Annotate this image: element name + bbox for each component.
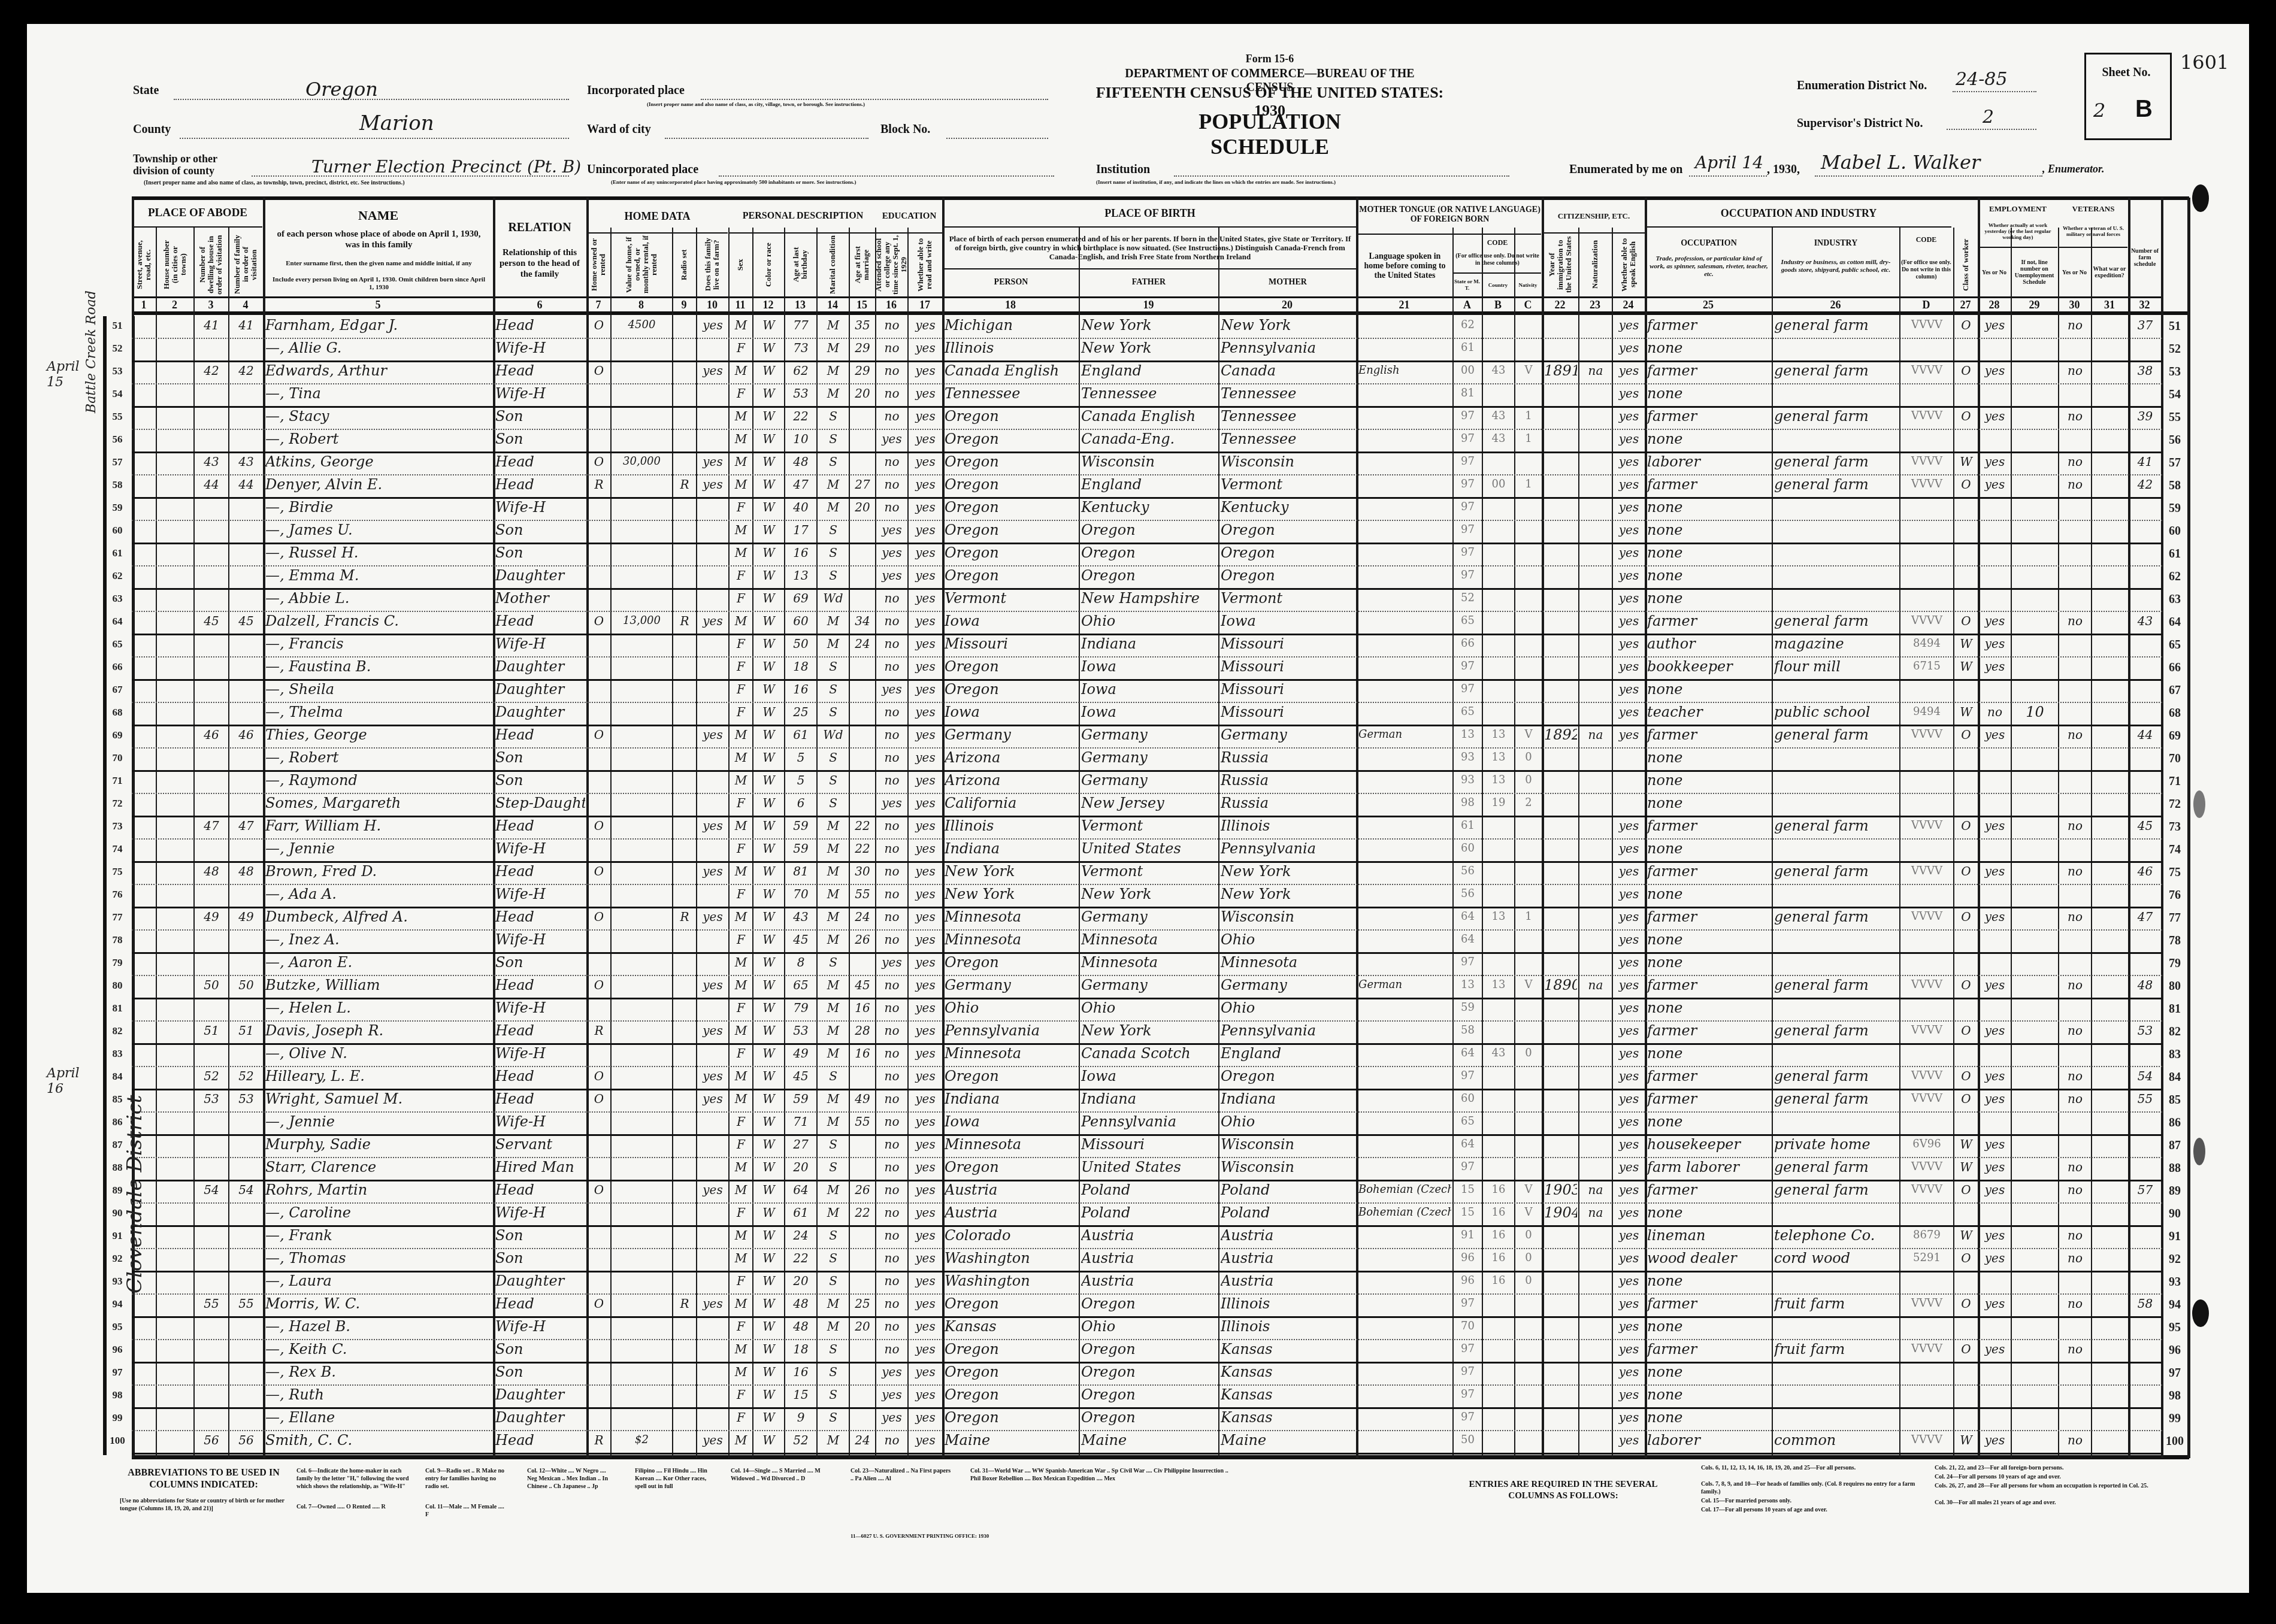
supervisor-underline xyxy=(1947,129,2036,130)
line-number-left: 100 xyxy=(107,1435,128,1447)
cell-bp-father: Kentucky xyxy=(1081,496,1217,519)
cell-occupation: farmer xyxy=(1647,1087,1770,1110)
cell-age: 47 xyxy=(786,473,815,496)
cell-sex: M xyxy=(731,450,751,473)
cell-farm-sched: 54 xyxy=(2130,1065,2160,1087)
cell-sex: M xyxy=(731,473,751,496)
cell-age-marr: 24 xyxy=(851,1429,874,1452)
incorporated-underline xyxy=(701,99,1048,100)
cell-marital: M xyxy=(819,928,848,951)
line-number-right: 98 xyxy=(2162,1389,2187,1403)
cell-bp-mother: Russia xyxy=(1221,792,1355,814)
cell-worker: O xyxy=(1956,1247,1977,1269)
cell-age: 18 xyxy=(786,655,815,678)
cell-bp-father: Oregon xyxy=(1081,1383,1217,1406)
cell-code-a: 64 xyxy=(1455,1133,1481,1156)
cell-bp-mother: Russia xyxy=(1221,746,1355,769)
cell-bp-mother: Pennsylvania xyxy=(1221,837,1355,860)
cell-bp-father: Poland xyxy=(1081,1201,1217,1224)
cell-code-b: 16 xyxy=(1484,1201,1513,1224)
cell-bp-mother: Missouri xyxy=(1221,632,1355,655)
cell-natur: na xyxy=(1581,1178,1611,1201)
cell-worker: W xyxy=(1956,1156,1977,1178)
cell-bp-person: New York xyxy=(945,860,1078,883)
cell-natur: na xyxy=(1581,359,1611,382)
cell-marital: Wd xyxy=(819,723,848,746)
cell-read: yes xyxy=(910,519,941,541)
enum-district-field[interactable]: 24-85 xyxy=(1956,69,2007,90)
line-number-left: 61 xyxy=(107,547,128,559)
cell-english: yes xyxy=(1614,883,1644,905)
cell-vet: no xyxy=(2060,814,2090,837)
cell-age: 17 xyxy=(786,519,815,541)
cell-english: yes xyxy=(1614,860,1644,883)
cell-industry: cord wood xyxy=(1774,1247,1898,1269)
county-field[interactable]: Marion xyxy=(359,111,434,135)
industry-heading: INDUSTRY xyxy=(1774,237,1897,251)
cell-code-c: 0 xyxy=(1517,1042,1540,1065)
cell-farm-sched: 47 xyxy=(2130,905,2160,928)
cell-english: yes xyxy=(1614,701,1644,723)
punch-hole-top xyxy=(2192,184,2209,212)
cell-read: yes xyxy=(910,1315,941,1338)
cell-vet: no xyxy=(2060,610,2090,632)
cell-code-b: 16 xyxy=(1484,1269,1513,1292)
cell-relation: Head xyxy=(495,1065,585,1087)
cell-race: W xyxy=(755,519,783,541)
column-label-4: Number of family in order of visitation xyxy=(229,235,262,295)
cell-family: 53 xyxy=(231,1087,262,1110)
cell-code-a: 97 xyxy=(1455,496,1481,519)
cell-bp-father: Germany xyxy=(1081,769,1217,792)
cell-bp-mother: Ohio xyxy=(1221,928,1355,951)
cell-name: Denyer, Alvin E. xyxy=(265,473,492,496)
cell-code-d: 6V96 xyxy=(1902,1133,1952,1156)
cell-marital: M xyxy=(819,382,848,405)
cell-occupation: farmer xyxy=(1647,314,1770,337)
cell-farm: yes xyxy=(698,314,727,337)
cell-bp-mother: Missouri xyxy=(1221,701,1355,723)
column-number-D: D xyxy=(1899,299,1953,311)
cell-code-a: 97 xyxy=(1455,473,1481,496)
group-name: NAME xyxy=(264,207,493,225)
supervisor-field[interactable]: 2 xyxy=(1983,107,1994,128)
column-divider xyxy=(1953,228,1954,1458)
state-field[interactable]: Oregon xyxy=(305,78,378,101)
cell-race: W xyxy=(755,541,783,564)
cell-sex: F xyxy=(731,792,751,814)
cell-code-d: VVVV xyxy=(1902,314,1952,337)
cell-occupation: none xyxy=(1647,564,1770,587)
cell-vet: no xyxy=(2060,1178,2090,1201)
cell-english: yes xyxy=(1614,1133,1644,1156)
cell-code-a: 60 xyxy=(1455,1087,1481,1110)
cell-bp-father: Iowa xyxy=(1081,701,1217,723)
cell-bp-father: Canada English xyxy=(1081,405,1217,428)
cell-bp-person: Michigan xyxy=(945,314,1078,337)
cell-bp-mother: England xyxy=(1221,1042,1355,1065)
column-label-13: Age at last birthday xyxy=(785,235,815,295)
column-divider xyxy=(907,228,909,1458)
column-label-29: If not, line number on Unemployment Sche… xyxy=(2012,252,2057,293)
street-note-2: Clovendale District xyxy=(123,874,147,1293)
cell-read: yes xyxy=(910,1019,941,1042)
cell-age: 15 xyxy=(786,1383,815,1406)
cell-code-a: 97 xyxy=(1455,519,1481,541)
cell-relation: Son xyxy=(495,1361,585,1383)
cell-bp-person: Arizona xyxy=(945,746,1078,769)
line-number-right: 69 xyxy=(2162,729,2187,743)
cell-code-b: 43 xyxy=(1484,428,1513,450)
cell-school: no xyxy=(877,769,906,792)
cell-work: yes xyxy=(1980,450,2009,473)
cell-age-marr: 35 xyxy=(851,314,874,337)
cell-race: W xyxy=(755,1019,783,1042)
industry-desc: Industry or business, as cotton mill, dr… xyxy=(1775,252,1896,281)
cell-relation: Son xyxy=(495,1247,585,1269)
cell-sex: M xyxy=(731,746,751,769)
cell-code-d: VVVV xyxy=(1902,359,1952,382)
cell-worker: O xyxy=(1956,1292,1977,1315)
cell-age: 16 xyxy=(786,1361,815,1383)
education-divider xyxy=(876,232,942,234)
cell-code-c: V xyxy=(1517,1178,1540,1201)
abbrev-title: ABBREVIATIONS TO BE USED IN COLUMNS INDI… xyxy=(120,1467,287,1491)
cell-farm-sched: 45 xyxy=(2130,814,2160,837)
cell-age: 5 xyxy=(786,746,815,769)
cell-bp-father: England xyxy=(1081,473,1217,496)
cell-owned: O xyxy=(589,314,609,337)
cell-age: 48 xyxy=(786,450,815,473)
cell-school: no xyxy=(877,746,906,769)
cell-relation: Head xyxy=(495,905,585,928)
cell-bp-father: Canada-Eng. xyxy=(1081,428,1217,450)
cell-work: yes xyxy=(1980,1338,2009,1361)
date-note-2: April 16 xyxy=(47,1066,95,1097)
cell-work: yes xyxy=(1980,860,2009,883)
cell-school: no xyxy=(877,814,906,837)
column-label-31: What war or expedition? xyxy=(2092,252,2127,293)
cell-owned: O xyxy=(589,450,609,473)
cell-code-b: 19 xyxy=(1484,792,1513,814)
cell-farm: yes xyxy=(698,1178,727,1201)
cell-code-d: VVVV xyxy=(1902,405,1952,428)
employment-desc: Whether actually at work yesterday (or t… xyxy=(1978,217,2057,246)
cell-farm: yes xyxy=(698,860,727,883)
cell-occupation: none xyxy=(1647,1315,1770,1338)
cell-bp-father: Germany xyxy=(1081,905,1217,928)
column-divider xyxy=(1542,198,1544,1458)
cell-dwelling: 50 xyxy=(196,974,227,996)
cell-bp-mother: Kansas xyxy=(1221,1361,1355,1383)
cell-age: 9 xyxy=(786,1406,815,1429)
line-number-right: 78 xyxy=(2162,934,2187,948)
cell-marital: S xyxy=(819,428,848,450)
cell-bp-father: United States xyxy=(1081,837,1217,860)
cell-industry: general farm xyxy=(1774,1065,1898,1087)
group-citizenship: CITIZENSHIP, ETC. xyxy=(1543,201,1645,231)
cell-bp-mother: Canada xyxy=(1221,359,1355,382)
cell-school: no xyxy=(877,473,906,496)
cell-bp-father: Pennsylvania xyxy=(1081,1110,1217,1133)
ward-label: Ward of city xyxy=(587,123,651,137)
cell-code-a: 61 xyxy=(1455,814,1481,837)
line-number-right: 85 xyxy=(2162,1093,2187,1107)
cell-english: yes xyxy=(1614,473,1644,496)
line-number-right: 72 xyxy=(2162,798,2187,811)
cell-farm: yes xyxy=(698,905,727,928)
cell-natur: na xyxy=(1581,723,1611,746)
cell-read: yes xyxy=(910,905,941,928)
cell-bp-father: Wisconsin xyxy=(1081,450,1217,473)
cell-race: W xyxy=(755,1383,783,1406)
sheet-number[interactable]: 2 xyxy=(2093,99,2105,122)
cell-relation: Head xyxy=(495,723,585,746)
column-number-C: C xyxy=(1514,299,1542,311)
cell-work: yes xyxy=(1980,314,2009,337)
cell-school: no xyxy=(877,928,906,951)
cell-marital: M xyxy=(819,610,848,632)
cell-name: Rohrs, Martin xyxy=(265,1178,492,1201)
cell-worker: O xyxy=(1956,1178,1977,1201)
line-number-right: 89 xyxy=(2162,1184,2187,1198)
cell-marital: S xyxy=(819,951,848,974)
cell-name: —, Francis xyxy=(265,632,492,655)
cell-school: no xyxy=(877,1156,906,1178)
line-number-right: 52 xyxy=(2162,343,2187,356)
column-label-17: Whether able to read and write xyxy=(909,235,941,295)
abbrev-col23: Col. 23—Naturalized .. Na First papers .… xyxy=(851,1467,952,1483)
abbrev-col11: Col. 11—Male .... M Female .... F xyxy=(425,1503,509,1519)
line-number-left: 98 xyxy=(107,1389,128,1401)
cell-name: Murphy, Sadie xyxy=(265,1133,492,1156)
cell-race: W xyxy=(755,701,783,723)
cell-value: 30,000 xyxy=(613,450,671,473)
cell-occupation: author xyxy=(1647,632,1770,655)
institution-underline xyxy=(1174,175,1509,177)
cell-farm-sched: 57 xyxy=(2130,1178,2160,1201)
line-number-right: 81 xyxy=(2162,1002,2187,1016)
colnum-divider xyxy=(132,296,2162,298)
cell-bp-person: Oregon xyxy=(945,1361,1078,1383)
cell-read: yes xyxy=(910,996,941,1019)
cell-bp-person: Oregon xyxy=(945,564,1078,587)
col-person-heading: PERSON xyxy=(943,271,1079,295)
column-label-27: Class of worker xyxy=(1954,235,1977,295)
cell-school: yes xyxy=(877,519,906,541)
line-number-left: 73 xyxy=(107,820,128,832)
cell-bp-mother: Wisconsin xyxy=(1221,1133,1355,1156)
incorporated-note: (Insert proper name and also name of cla… xyxy=(647,101,1066,108)
column-number-14: 14 xyxy=(816,299,849,311)
cell-occupation: none xyxy=(1647,382,1770,405)
cell-relation: Daughter xyxy=(495,1406,585,1429)
cell-name: —, Olive N. xyxy=(265,1042,492,1065)
line-number-right: 64 xyxy=(2162,616,2187,629)
cell-race: W xyxy=(755,496,783,519)
cell-occupation: none xyxy=(1647,587,1770,610)
cell-marital: M xyxy=(819,1087,848,1110)
cell-bp-person: Illinois xyxy=(945,814,1078,837)
cell-industry: general farm xyxy=(1774,1019,1898,1042)
cell-code-a: 50 xyxy=(1455,1429,1481,1452)
cell-bp-mother: Oregon xyxy=(1221,541,1355,564)
line-number-right: 76 xyxy=(2162,889,2187,902)
unincorporated-label: Unincorporated place xyxy=(587,163,698,177)
cell-read: yes xyxy=(910,951,941,974)
cell-bp-mother: Pennsylvania xyxy=(1221,337,1355,359)
cell-code-b: 16 xyxy=(1484,1178,1513,1201)
cell-name: —, Russel H. xyxy=(265,541,492,564)
cell-school: no xyxy=(877,1201,906,1224)
cell-industry: general farm xyxy=(1774,359,1898,382)
cell-sex: F xyxy=(731,1315,751,1338)
row-divider xyxy=(132,1453,2162,1455)
cell-school: no xyxy=(877,701,906,723)
line-number-right: 53 xyxy=(2162,365,2187,379)
cell-code-d: VVVV xyxy=(1902,1429,1952,1452)
cell-code-a: 60 xyxy=(1455,837,1481,860)
cell-work: yes xyxy=(1980,1133,2009,1156)
cell-sex: F xyxy=(731,837,751,860)
cell-bp-person: Oregon xyxy=(945,951,1078,974)
cell-age: 5 xyxy=(786,769,815,792)
cell-value: 13,000 xyxy=(613,610,671,632)
cell-bp-mother: Germany xyxy=(1221,974,1355,996)
line-number-right: 87 xyxy=(2162,1139,2187,1153)
cell-bp-person: Colorado xyxy=(945,1224,1078,1247)
enumerated-prefix: Enumerated by me on xyxy=(1569,163,1682,177)
cell-occupation: none xyxy=(1647,746,1770,769)
cell-read: yes xyxy=(910,723,941,746)
group-place-of-birth: PLACE OF BIRTH xyxy=(943,201,1357,225)
cell-sex: M xyxy=(731,519,751,541)
incorporated-label: Incorporated place xyxy=(587,84,685,98)
cell-english: yes xyxy=(1614,519,1644,541)
cell-race: W xyxy=(755,450,783,473)
cell-name: Dumbeck, Alfred A. xyxy=(265,905,492,928)
cell-bp-father: Oregon xyxy=(1081,1406,1217,1429)
cell-race: W xyxy=(755,1110,783,1133)
cell-age: 48 xyxy=(786,1315,815,1338)
cell-age: 73 xyxy=(786,337,815,359)
line-number-right: 61 xyxy=(2162,547,2187,561)
cell-sex: M xyxy=(731,1292,751,1315)
column-label-B: Country xyxy=(1483,275,1513,295)
column-label-28: Yes or No xyxy=(1979,252,2009,293)
cell-marital: S xyxy=(819,1156,848,1178)
cell-school: yes xyxy=(877,1383,906,1406)
cell-marital: M xyxy=(819,1178,848,1201)
enumerator-name-field[interactable]: Mabel L. Walker xyxy=(1821,151,1980,174)
cell-code-c: 0 xyxy=(1517,1269,1540,1292)
line-number-left: 94 xyxy=(107,1298,128,1310)
cell-relation: Daughter xyxy=(495,1383,585,1406)
cell-bp-father: Iowa xyxy=(1081,1065,1217,1087)
cell-english: yes xyxy=(1614,1019,1644,1042)
cell-work: yes xyxy=(1980,905,2009,928)
cell-read: yes xyxy=(910,1065,941,1087)
block-underline xyxy=(946,138,1048,139)
cell-bp-person: Oregon xyxy=(945,1406,1078,1429)
cell-bp-mother: Kansas xyxy=(1221,1338,1355,1361)
cell-code-a: 97 xyxy=(1455,1383,1481,1406)
cell-industry: general farm xyxy=(1774,405,1898,428)
line-number-left: 97 xyxy=(107,1367,128,1378)
cell-owned: O xyxy=(589,1065,609,1087)
cell-vet: no xyxy=(2060,359,2090,382)
cell-age: 20 xyxy=(786,1269,815,1292)
column-divider xyxy=(1218,228,1219,1458)
cell-bp-father: Missouri xyxy=(1081,1133,1217,1156)
cell-occupation: none xyxy=(1647,541,1770,564)
line-number-right: 88 xyxy=(2162,1162,2187,1175)
township-field[interactable]: Turner Election Precinct (Pt. B) xyxy=(311,157,581,177)
cell-bp-father: Austria xyxy=(1081,1269,1217,1292)
group-personal-description: PERSONAL DESCRIPTION xyxy=(730,201,876,231)
cell-english: yes xyxy=(1614,314,1644,337)
cell-marital: S xyxy=(819,1247,848,1269)
cell-bp-mother: Oregon xyxy=(1221,1065,1355,1087)
cell-dwelling: 51 xyxy=(196,1019,227,1042)
enumerated-date-field[interactable]: April 14 xyxy=(1695,153,1763,172)
cell-marital: M xyxy=(819,1019,848,1042)
cell-relation: Wife-H xyxy=(495,382,585,405)
cell-worker: W xyxy=(1956,1133,1977,1156)
cell-code-a: 56 xyxy=(1455,860,1481,883)
cell-sex: F xyxy=(731,1042,751,1065)
cell-english: yes xyxy=(1614,496,1644,519)
cell-race: W xyxy=(755,1065,783,1087)
cell-read: yes xyxy=(910,382,941,405)
cell-english: yes xyxy=(1614,996,1644,1019)
cell-sex: F xyxy=(731,382,751,405)
birth-sub-divider xyxy=(943,268,1357,269)
cell-bp-father: Oregon xyxy=(1081,1292,1217,1315)
cell-age-marr: 26 xyxy=(851,1178,874,1201)
line-number-right: 60 xyxy=(2162,525,2187,538)
date-note-1: April 15 xyxy=(47,359,95,390)
cell-immig: 1890 xyxy=(1544,974,1577,996)
cell-school: yes xyxy=(877,1361,906,1383)
home-divider xyxy=(587,232,728,234)
cell-relation: Son xyxy=(495,519,585,541)
column-number-32: 32 xyxy=(2128,299,2161,311)
cell-code-a: 64 xyxy=(1455,928,1481,951)
cell-code-a: 97 xyxy=(1455,405,1481,428)
cell-occupation: laborer xyxy=(1647,1429,1770,1452)
cell-work: yes xyxy=(1980,1178,2009,1201)
cell-bp-mother: Illinois xyxy=(1221,814,1355,837)
cell-school: no xyxy=(877,1315,906,1338)
cell-dwelling: 43 xyxy=(196,450,227,473)
line-number-left: 69 xyxy=(107,729,128,741)
cell-relation: Head xyxy=(495,814,585,837)
column-number-7: 7 xyxy=(586,299,610,311)
cell-vet: no xyxy=(2060,314,2090,337)
cell-work: yes xyxy=(1980,723,2009,746)
cell-name: —, Ada A. xyxy=(265,883,492,905)
cell-name: —, Abbie L. xyxy=(265,587,492,610)
cell-occupation: farmer xyxy=(1647,860,1770,883)
cell-code-b: 13 xyxy=(1484,974,1513,996)
cell-age: 53 xyxy=(786,1019,815,1042)
cell-industry: fruit farm xyxy=(1774,1292,1898,1315)
cell-bp-person: Oregon xyxy=(945,496,1078,519)
entries-4: Col. 17—For all persons 10 years of age … xyxy=(1701,1506,1923,1514)
column-number-12: 12 xyxy=(752,299,784,311)
cell-code-a: 59 xyxy=(1455,996,1481,1019)
